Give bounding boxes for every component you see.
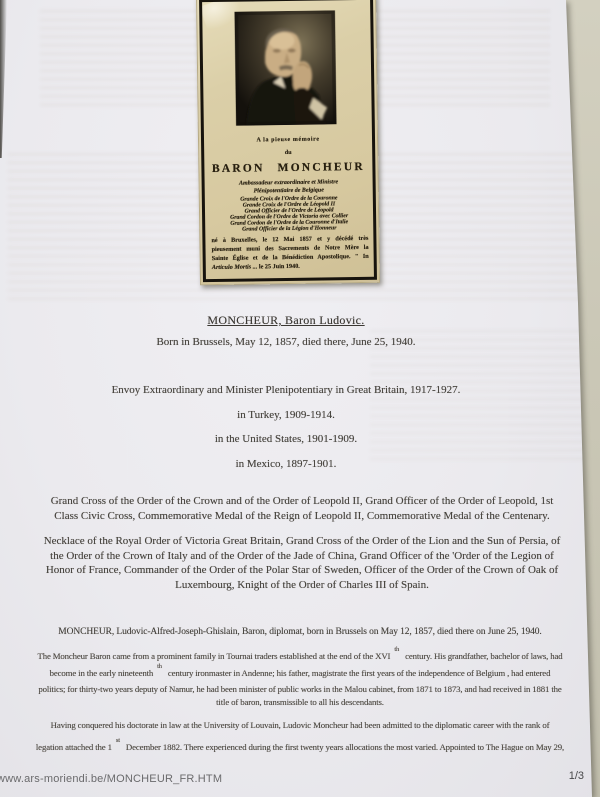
memorial-card: A la pieuse mémoire du BARON MONCHEUR Am… [196, 0, 380, 285]
family-paragraph-line: become in the early nineteenththcentury … [0, 667, 600, 678]
paragraph-line: the Order of the Crown of Italy and of t… [8, 549, 596, 564]
portrait-photo [234, 10, 337, 125]
family-paragraph-line: The Moncheur Baron came from a prominent… [0, 650, 600, 661]
belgian-honors-paragraph: Grand Cross of the Order of the Crown an… [8, 494, 596, 524]
photographed-document-page: A la pieuse mémoire du BARON MONCHEUR Am… [0, 0, 600, 797]
footer-source-url: www.ars-moriendi.be/MONCHEUR_FR.HTM [0, 773, 222, 785]
superscript-ordinal: th [394, 646, 399, 653]
birth-death-line: Born in Brussels, May 12, 1857, died the… [0, 336, 572, 348]
foreign-honors-paragraph: Necklace of the Royal Order of Victoria … [8, 534, 596, 592]
career-paragraph-line: legation attached the 1stDecember 1882. … [0, 741, 600, 752]
card-obituary-text: né à Bruxelles, le 12 Mai 1857 et y décé… [211, 234, 368, 272]
family-paragraph-line: politics; for thirty-two years deputy of… [0, 684, 600, 694]
card-obituary-date: le 25 Juin 1940. [257, 263, 300, 271]
card-deceased-name: BARON MONCHEUR [199, 161, 377, 175]
page-edge-shadow [0, 0, 7, 158]
family-paragraph-line: title of baron, transmissible to all his… [0, 697, 600, 707]
paragraph-line: Luxembourg, Knight of the Order of Charl… [8, 578, 596, 593]
superscript-ordinal: th [157, 663, 162, 670]
paragraph-line: Honor of France, Commander of the Order … [8, 563, 596, 578]
page-title: MONCHEUR, Baron Ludovic. [0, 313, 572, 328]
paper-sheet: A la pieuse mémoire du BARON MONCHEUR Am… [0, 0, 600, 797]
appointment-line: in the United States, 1901-1909. [0, 433, 572, 445]
bio-heading-line: MONCHEUR, Ludovic-Alfred-Joseph-Ghislain… [0, 627, 600, 637]
card-obituary-latin-phrase: Articulo Mortis ... [212, 263, 258, 271]
paragraph-line: Necklace of the Royal Order of Victoria … [8, 534, 596, 549]
page-number-indicator: 1/3 [569, 770, 584, 782]
career-paragraph-line: Having conquered his doctorate in law at… [0, 720, 600, 730]
paper-sheet-wrap: A la pieuse mémoire du BARON MONCHEUR Am… [0, 0, 600, 797]
appointment-line: Envoy Extraordinary and Minister Plenipo… [0, 384, 572, 396]
card-honors-list: Grande Croix de l'Ordre de la Couronne G… [200, 196, 378, 234]
appointment-line: in Turkey, 1909-1914. [0, 409, 572, 421]
superscript-ordinal: st [116, 737, 120, 744]
appointment-line: in Mexico, 1897-1901. [0, 458, 572, 470]
paragraph-line: Grand Cross of the Order of the Crown an… [8, 494, 596, 509]
paragraph-line: Class Civic Cross, Commemorative Medal o… [8, 509, 596, 524]
